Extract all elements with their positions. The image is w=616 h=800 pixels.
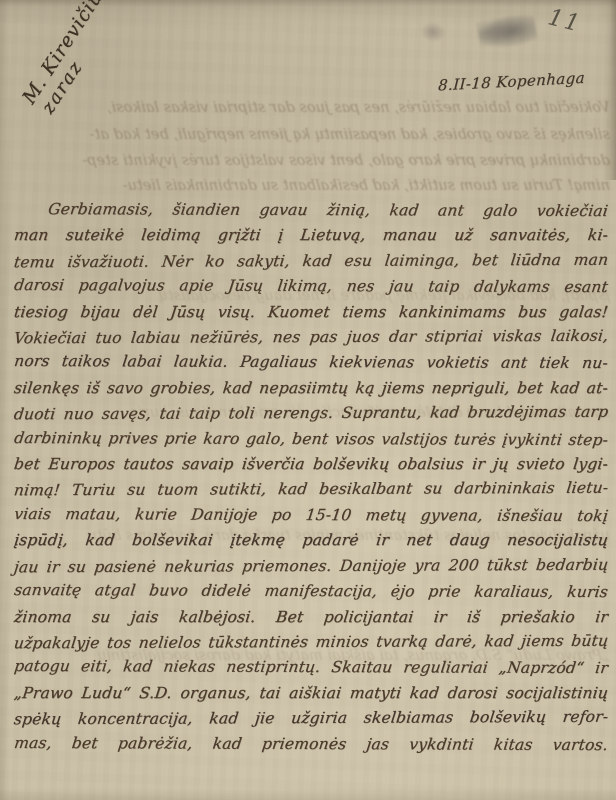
handwritten-line: žinoma su jais kalbėjosi. Bet policijant… <box>12 605 609 630</box>
handwritten-line: įspūdį, kad bolševikai įtekmę padarė ir … <box>12 528 609 553</box>
paper-edge-bottom <box>0 788 616 800</box>
letter-body: Gerbiamasis, šiandien gavau žinią, kad a… <box>14 198 608 757</box>
bleedthrough-line: Vokiečiai tuo labiau nežiūrės, nes pas j… <box>5 100 611 116</box>
handwritten-line: Vokiečiai tuo labiau nežiūrės, nes pas j… <box>12 324 609 352</box>
bleedthrough-line: nimą! Turiu su tuom sutikti, kad besikal… <box>5 178 611 194</box>
handwritten-line: darosi pagalvojus apie Jūsų likimą, nes … <box>13 273 610 300</box>
handwritten-line: mas, bet pabrėžia, kad priemonės jas vyk… <box>13 730 610 757</box>
handwritten-line: darbininkų prives prie karo galo, bent v… <box>13 426 610 453</box>
page-number: 11 <box>545 4 584 37</box>
stamp-smudge <box>476 12 538 52</box>
corner-annotation: M. Kirevičiui zaraz <box>18 0 130 120</box>
bleedthrough-line: darbininkų prives prie karo galo, bent v… <box>5 153 611 169</box>
paper-edge-right <box>602 0 616 180</box>
handwritten-line: užpakalyje tos nelielos tūkstantinės min… <box>12 629 609 657</box>
bleedthrough-line: silenkęs iš savo grobies, kad nepasiimtų… <box>5 127 611 143</box>
handwritten-line: sanvaitę atgal buvo didelė manifestacija… <box>13 578 610 605</box>
dateline: 8.II-18 Kopenhaga <box>438 68 609 95</box>
handwritten-line: Gerbiamasis, šiandien gavau žinią, kad a… <box>13 197 610 224</box>
stamp-smudge-faint <box>419 20 448 43</box>
handwritten-line: silenkęs iš savo grobies, kad nepasiimtų… <box>12 376 609 401</box>
handwritten-line: „Prawo Ludu“ S.D. organus, tai aiškiai m… <box>12 681 609 706</box>
handwritten-line: man suteikė leidimą grįžti į Lietuvą, ma… <box>12 223 609 248</box>
handwritten-line: viais matau, kurie Danijoje po 15-10 met… <box>13 502 610 529</box>
handwritten-line: patogu eiti, kad niekas nestiprintų. Ska… <box>13 654 610 681</box>
handwritten-line: nors taikos labai laukia. Pagaliaus kiek… <box>13 349 610 376</box>
handwritten-line: jau ir su pasienė nekurias priemones. Da… <box>12 552 609 580</box>
handwritten-line: duoti nuo savęs, tai taip toli nerengs. … <box>12 400 609 428</box>
letter-page: Vokiečiai tuo labiau nežiūrės, nes pas j… <box>0 0 616 800</box>
handwritten-line: temu išvažiuoti. Nėr ko sakyti, kad esu … <box>12 248 609 276</box>
handwritten-line: bet Europos tautos savaip išverčia bolše… <box>12 452 609 477</box>
handwritten-line: nimą! Turiu su tuom sutikti, kad besikal… <box>12 476 609 504</box>
handwritten-line: tiesiog bijau dėl Jūsų visų. Kuomet tiem… <box>12 300 609 325</box>
handwritten-line: spėkų koncentracija, kad jie užgiria ske… <box>12 705 609 733</box>
paper-edge-left <box>0 0 10 800</box>
